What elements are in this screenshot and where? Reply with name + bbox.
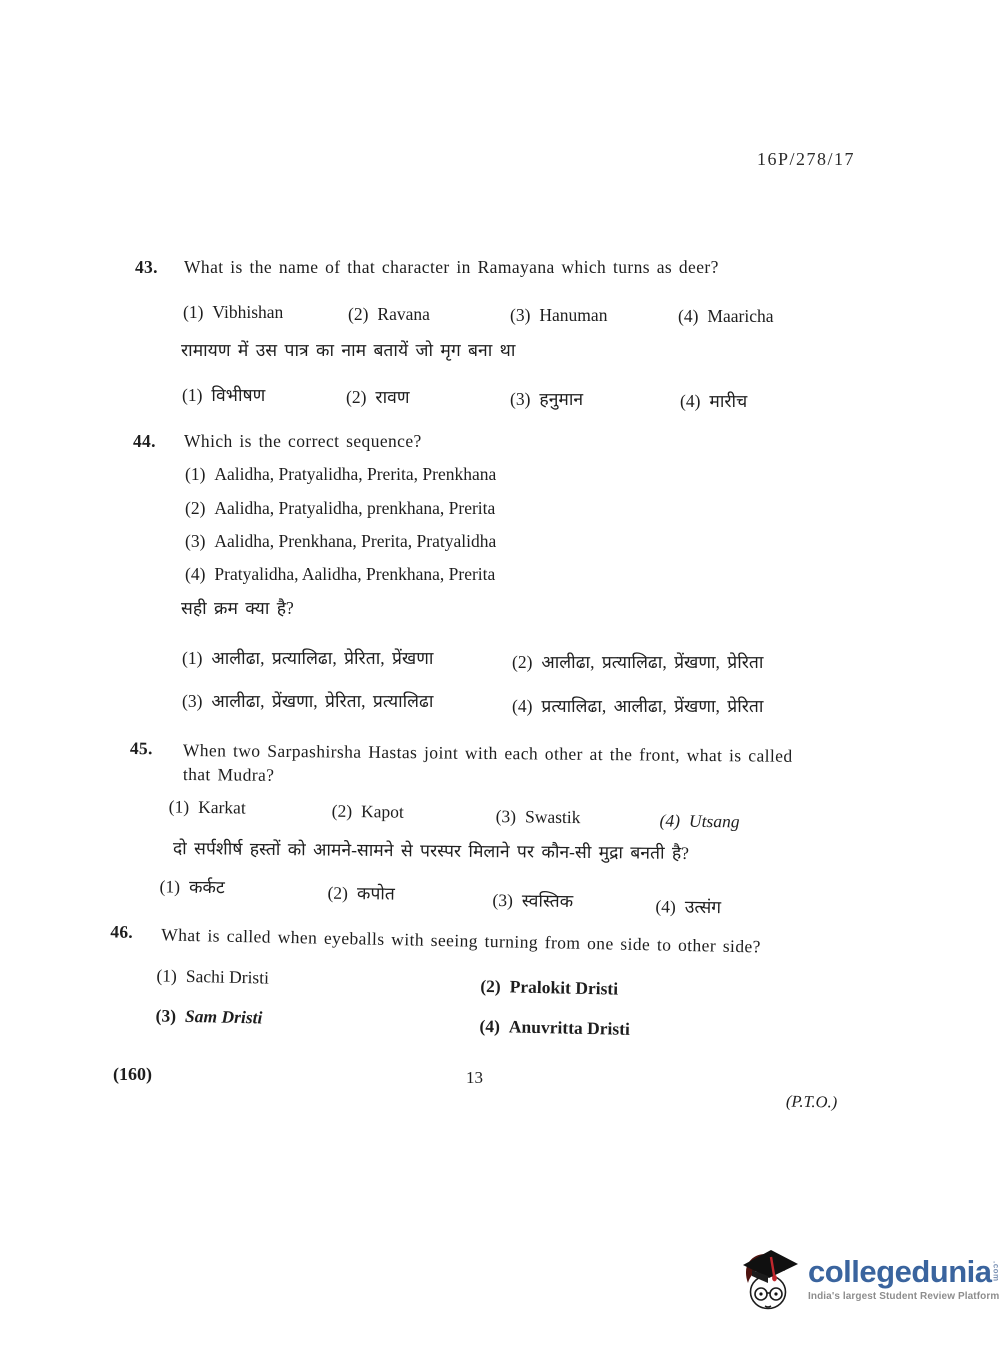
option-1-hi: (1)विभीषण <box>182 383 265 407</box>
question-stem-hi: सही क्रम क्या है? <box>181 596 294 620</box>
option-1-hi: (1)कर्कट <box>159 874 224 899</box>
option-label: हनुमान <box>539 389 583 409</box>
question-stem-en: What is called when eyeballs with seeing… <box>161 924 761 957</box>
option-label: Karkat <box>198 797 246 818</box>
question-stem-hi: दो सर्पशीर्ष हस्तों को आमने-सामने से परस… <box>173 836 689 865</box>
option-number: (2) <box>185 498 205 518</box>
option-number: (1) <box>185 464 205 484</box>
option-number: (1) <box>169 796 190 816</box>
option-2-hi: (2)कपोत <box>327 881 395 906</box>
option-label: मारीच <box>709 391 747 411</box>
option-label: Maaricha <box>707 306 773 326</box>
option-3: (3)Aalidha, Prenkhana, Prerita, Pratyali… <box>185 531 496 552</box>
question-46: 46. What is called when eyeballs with se… <box>0 0 1001 20</box>
option-number: (4) <box>512 696 532 716</box>
option-3-hi: (3)आलीढा, प्रेंखणा, प्रेरिता, प्रत्यालिढ… <box>182 689 433 713</box>
options-grid-en: (1)Sachi Dristi (2)Pralokit Dristi (3)Sa… <box>0 0 1001 20</box>
pto-label: (P.T.O.) <box>786 1092 838 1113</box>
option-number: (1) <box>182 385 202 405</box>
exam-paper-page: 16P/278/17 43. What is the name of that … <box>0 0 1001 1356</box>
option-number: (3) <box>155 1005 176 1025</box>
graduate-mascot-icon <box>738 1243 802 1328</box>
option-4: (4)Utsang <box>659 810 739 832</box>
option-1: (1)Sachi Dristi <box>156 965 269 988</box>
option-number: (3) <box>496 806 517 826</box>
option-1: (1)Karkat <box>169 796 246 818</box>
option-label: कपोत <box>357 883 395 904</box>
option-number: (4) <box>655 896 676 916</box>
question-number: 44. <box>133 431 156 452</box>
option-label: Utsang <box>689 811 740 832</box>
option-label: आलीढा, प्रत्यालिढा, प्रेंखणा, प्रेरिता <box>541 652 763 672</box>
option-number: (2) <box>346 387 366 407</box>
option-label: Aalidha, Prenkhana, Prerita, Pratyalidha <box>214 531 496 551</box>
option-number: (3) <box>185 531 205 551</box>
option-number: (3) <box>510 305 530 325</box>
brand-tagline: India's largest Student Review Platform <box>808 1291 999 1302</box>
option-label: कर्कट <box>189 877 225 897</box>
option-number: (1) <box>156 965 177 985</box>
option-number: (2) <box>348 304 368 324</box>
option-label: Swastik <box>525 806 581 827</box>
option-number: (2) <box>512 652 532 672</box>
question-stem-en-line1: When two Sarpashirsha Hastas joint with … <box>183 739 883 768</box>
option-3: (3)Hanuman <box>510 305 607 326</box>
question-stem-en: Which is the correct sequence? <box>184 431 422 452</box>
collegedunia-logo: collegedunia .com India's largest Studen… <box>738 1243 999 1328</box>
option-label: विभीषण <box>211 385 265 405</box>
option-number: (3) <box>182 691 202 711</box>
option-number: (2) <box>327 883 348 903</box>
option-label: Ravana <box>377 304 429 324</box>
option-2: (2)Aalidha, Pratyalidha, prenkhana, Prer… <box>185 498 495 519</box>
option-label: प्रत्यालिढा, आलीढा, प्रेंखणा, प्रेरिता <box>541 696 763 716</box>
option-2: (2)Kapot <box>332 801 404 823</box>
option-number: (1) <box>183 302 203 322</box>
question-number: 43. <box>135 257 158 278</box>
option-4: (4)Maaricha <box>678 306 773 327</box>
option-label: आलीढा, प्रेंखणा, प्रेरिता, प्रत्यालिढा <box>211 691 433 711</box>
question-stem-en-line2: that Mudra? <box>183 764 275 786</box>
logo-text-block: collegedunia .com India's largest Studen… <box>808 1243 999 1302</box>
option-label: Anuvritta Dristi <box>509 1016 630 1038</box>
option-label: स्वस्तिक <box>522 890 574 911</box>
question-number: 45. <box>130 738 153 759</box>
option-number: (1) <box>160 876 181 896</box>
option-4-hi: (4)मारीच <box>680 389 747 413</box>
option-number: (3) <box>510 389 530 409</box>
option-1: (1)Vibhishan <box>183 302 283 323</box>
option-label: रावण <box>375 387 409 407</box>
page-number: 13 <box>466 1068 483 1088</box>
option-number: (3) <box>492 890 513 910</box>
option-label: Sam Dristi <box>185 1006 263 1028</box>
option-label: Pratyalidha, Aalidha, Prenkhana, Prerita <box>214 564 495 584</box>
question-stem-hi: रामायण में उस पात्र का नाम बतायें जो मृग… <box>181 338 515 362</box>
option-label: Kapot <box>361 801 404 822</box>
option-1: (1)Aalidha, Pratyalidha, Prerita, Prenkh… <box>185 464 496 485</box>
option-4: (4)Pratyalidha, Aalidha, Prenkhana, Prer… <box>185 564 495 585</box>
option-1-hi: (1)आलीढा, प्रत्यालिढा, प्रेरिता, प्रेंखण… <box>182 646 433 670</box>
option-label: Aalidha, Pratyalidha, prenkhana, Prerita <box>214 498 495 518</box>
option-2: (2)Pralokit Dristi <box>480 976 618 1000</box>
question-number: 46. <box>110 921 133 942</box>
options-row-hi: (1)कर्कट (2)कपोत (3)स्वस्तिक (4)उत्संग <box>0 0 1001 14</box>
question-stem-en: What is the name of that character in Ra… <box>184 257 719 278</box>
option-label: Sachi Dristi <box>186 966 270 988</box>
option-label: Vibhishan <box>212 302 283 322</box>
option-label: Hanuman <box>539 305 607 325</box>
option-3: (3)Sam Dristi <box>155 1005 262 1028</box>
option-2-hi: (2)रावण <box>346 385 409 409</box>
option-4-hi: (4)उत्संग <box>655 894 721 919</box>
option-label: उत्संग <box>685 897 722 918</box>
option-number: (4) <box>185 564 205 584</box>
option-number: (2) <box>480 976 501 996</box>
option-label: Aalidha, Pratyalidha, Prerita, Prenkhana <box>214 464 496 484</box>
option-3-hi: (3)हनुमान <box>510 387 583 411</box>
option-3: (3)Swastik <box>496 806 581 828</box>
options-row-en: (1)Karkat (2)Kapot (3)Swastik (4)Utsang <box>0 0 1001 14</box>
option-2: (2)Ravana <box>348 304 430 325</box>
option-number: (4) <box>659 810 680 830</box>
option-4: (4)Anuvritta Dristi <box>479 1016 630 1040</box>
option-2-hi: (2)आलीढा, प्रत्यालिढा, प्रेंखणा, प्रेरित… <box>512 650 763 674</box>
option-number: (2) <box>332 801 353 821</box>
booklet-number: (160) <box>113 1064 152 1085</box>
option-4-hi: (4)प्रत्यालिढा, आलीढा, प्रेंखणा, प्रेरित… <box>512 694 763 718</box>
brand-name: collegedunia <box>808 1257 991 1287</box>
option-number: (4) <box>680 391 700 411</box>
brand-suffix: .com <box>991 1261 999 1282</box>
option-number: (1) <box>182 648 202 668</box>
option-3-hi: (3)स्वस्तिक <box>492 888 573 913</box>
option-label: आलीढा, प्रत्यालिढा, प्रेरिता, प्रेंखणा <box>211 648 433 668</box>
paper-code: 16P/278/17 <box>757 149 855 170</box>
option-number: (4) <box>479 1016 500 1036</box>
option-number: (4) <box>678 306 698 326</box>
option-label: Pralokit Dristi <box>510 976 619 998</box>
